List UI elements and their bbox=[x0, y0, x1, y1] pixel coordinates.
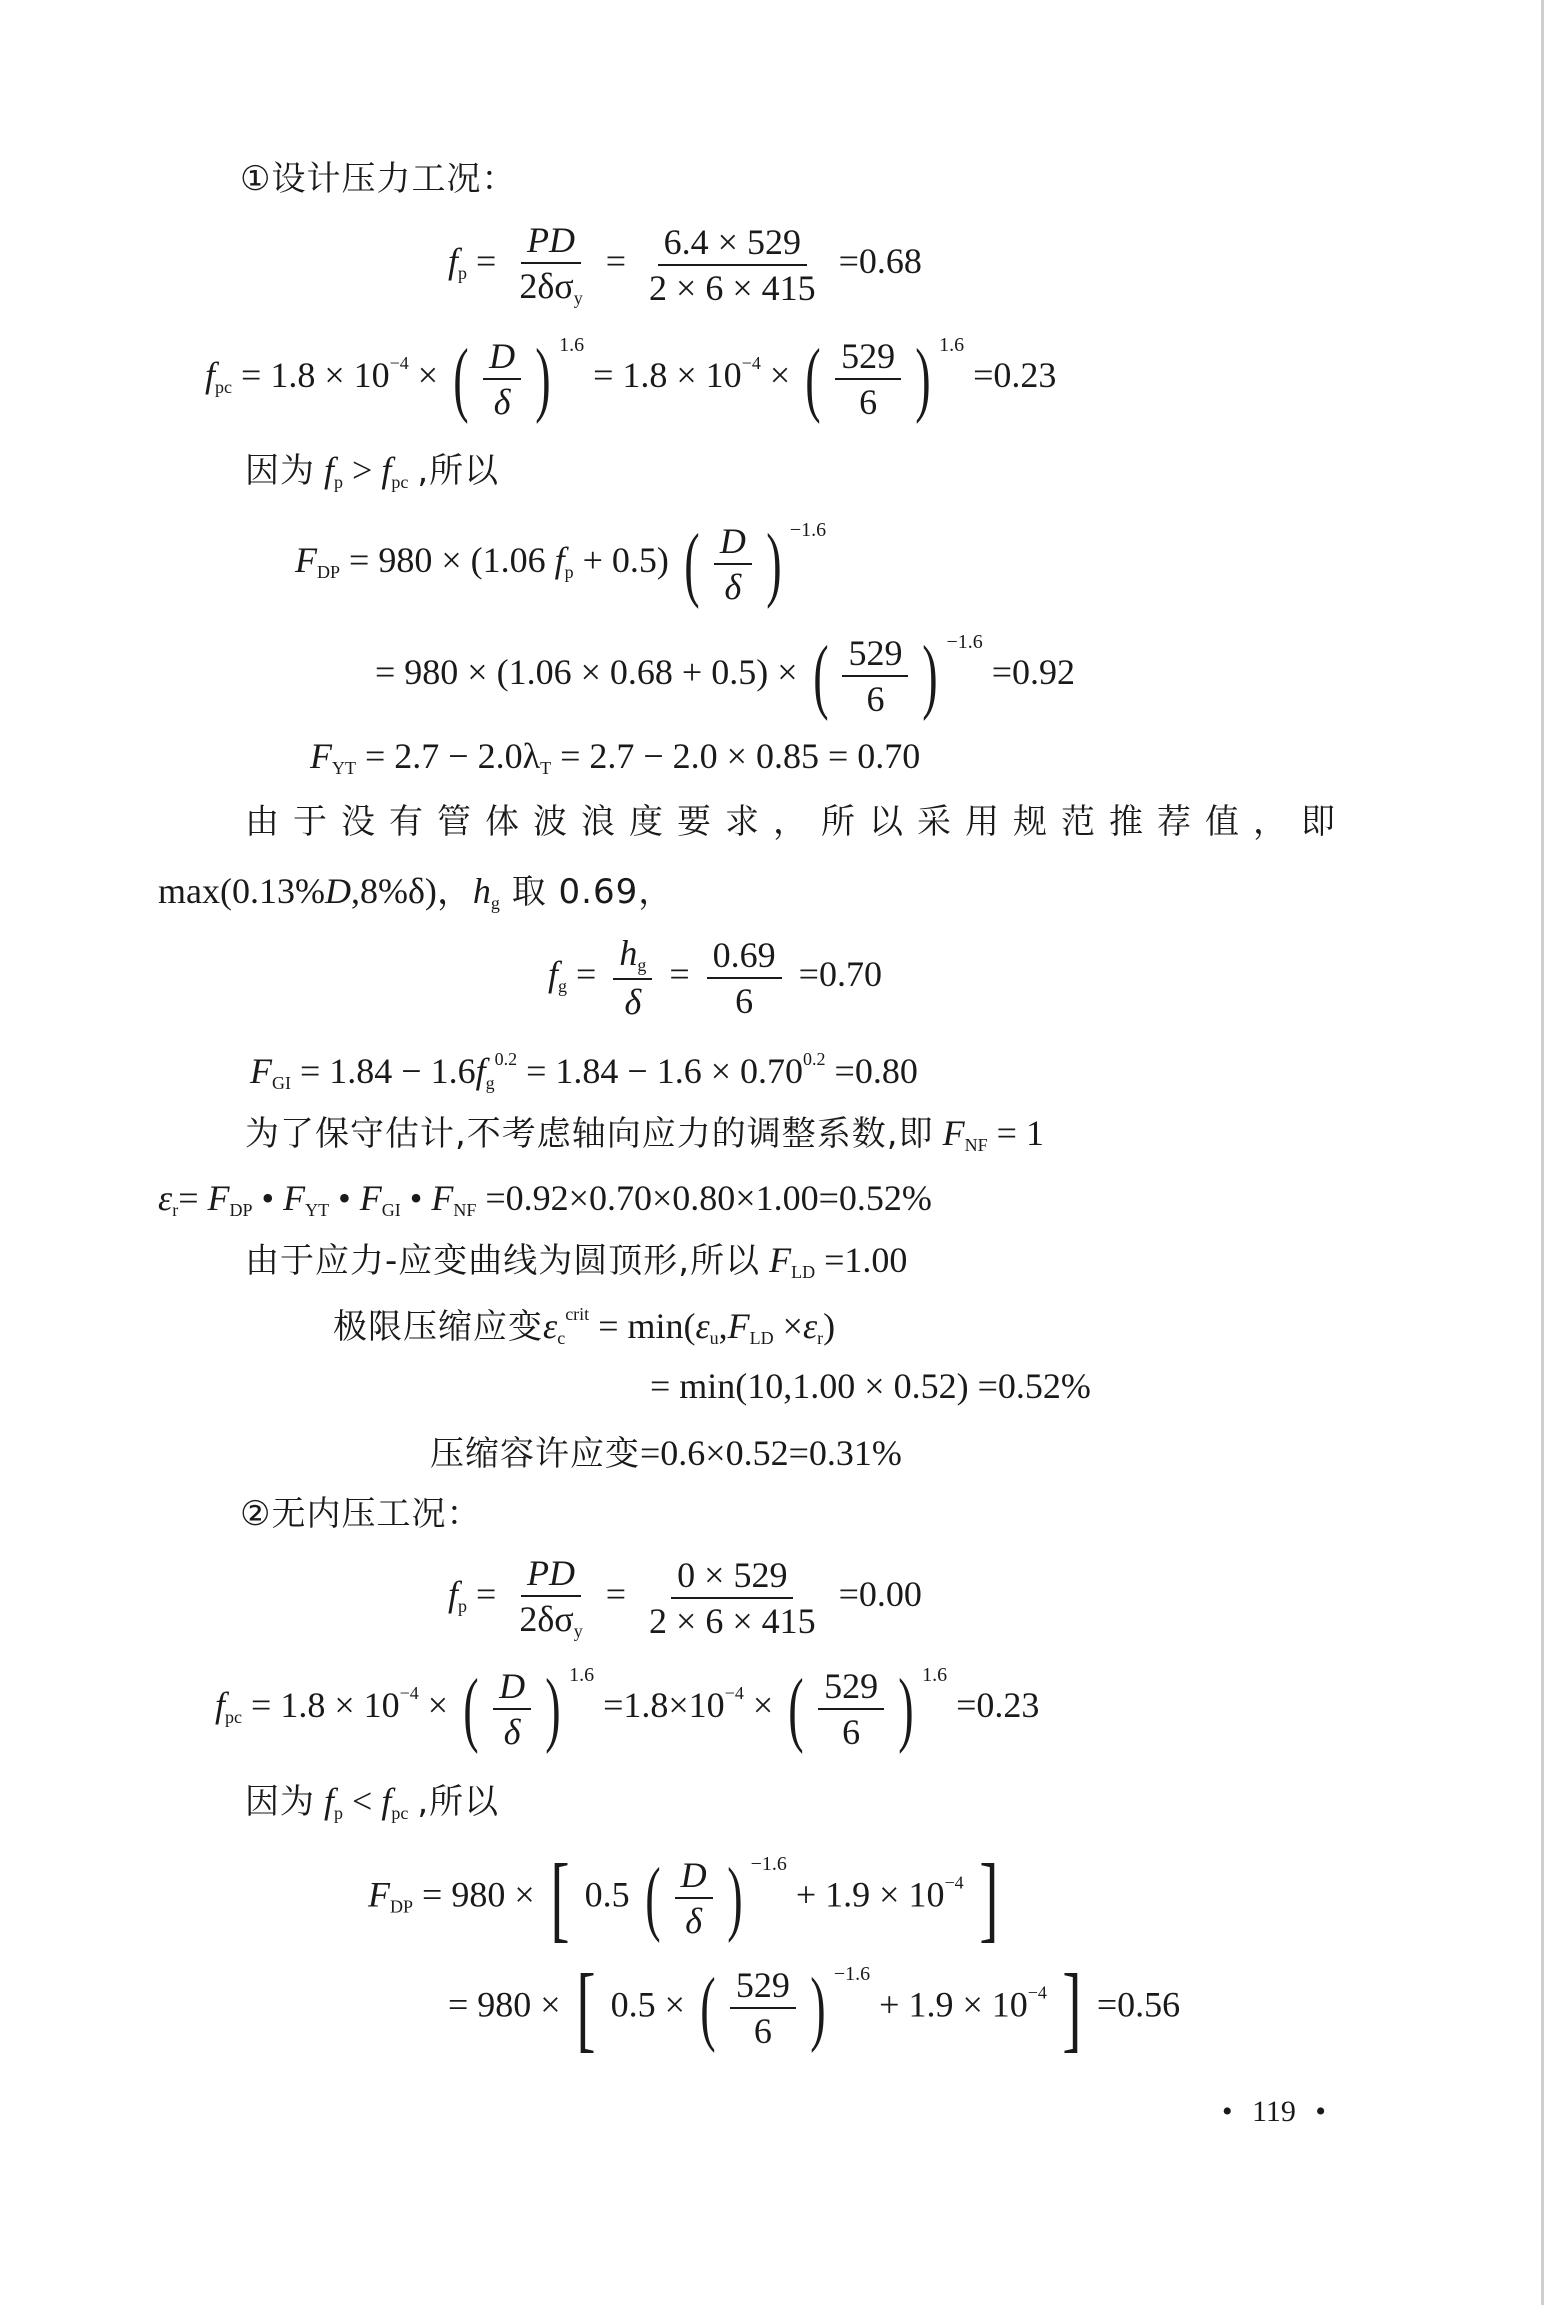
ovality-paragraph-line1: 由于没有管体波浪度要求，所以采用规范推荐值，即 bbox=[245, 805, 1349, 839]
case1-fdp-equation: FDP = 980 × (1.06 fp + 0.5) (Dδ)−1.6 bbox=[295, 520, 826, 606]
case1-critical-strain-evaluation: = min(10,1.00 × 0.52) =0.52% bbox=[650, 1368, 1091, 1404]
case1-allowable-strain: 压缩容许应变=0.6×0.52=0.31% bbox=[430, 1435, 902, 1471]
case1-fg-equation: fg = hgδ = 0.696 =0.70 bbox=[548, 935, 882, 1020]
case2-because-line: 因为 fp < fpc ,所以 bbox=[245, 1783, 499, 1822]
case1-fgi-equation: FGI = 1.84 − 1.6fg0.2 = 1.84 − 1.6 × 0.7… bbox=[250, 1050, 918, 1092]
axial-paragraph: 为了保守估计,不考虑轴向应力的调整系数,即 FNF = 1 bbox=[245, 1115, 1044, 1154]
case1-er-equation: εr= FDP • FYT • FGI • FNF =0.92×0.70×0.8… bbox=[158, 1180, 932, 1219]
case1-fyt-equation: FYT = 2.7 − 2.0λT = 2.7 − 2.0 × 0.85 = 0… bbox=[310, 738, 920, 777]
case1-because-line: 因为 fp > fpc ,所以 bbox=[245, 452, 499, 491]
case2-fp-equation: fp = PD2δσy = 0 × 5292 × 6 × 415 =0.00 bbox=[448, 1555, 922, 1640]
fraction: 6.4 × 529 2 × 6 × 415 bbox=[643, 224, 822, 306]
case2-fdp-evaluation: = 980 × [ 0.5 × (5296)−1.6 + 1.9 × 10−4 … bbox=[448, 1960, 1180, 2056]
case2-fpc-equation: fpc = 1.8 × 10−4 × (Dδ)1.6 =1.8×10−4 × (… bbox=[215, 1665, 1039, 1751]
page-number: • 119 • bbox=[1222, 2095, 1326, 2129]
case1-fdp-evaluation: = 980 × (1.06 × 0.68 + 0.5) × (5296)−1.6… bbox=[375, 632, 1075, 718]
case1-heading: ①设计压力工况： bbox=[240, 162, 516, 196]
fraction: PD 2δσy bbox=[513, 222, 588, 307]
case2-fdp-equation: FDP = 980 × [ 0.5 (Dδ)−1.6 + 1.9 × 10−4 … bbox=[368, 1850, 1005, 1946]
curve-paragraph: 由于应力-应变曲线为圆顶形,所以 FLD =1.00 bbox=[245, 1242, 907, 1281]
case1-fp-equation: fp = PD 2δσy = 6.4 × 529 2 × 6 × 415 =0.… bbox=[448, 222, 922, 307]
case2-heading: ②无内压工况： bbox=[240, 1497, 481, 1531]
case1-fpc-equation: fpc = 1.8 × 10−4 × (Dδ)1.6 = 1.8 × 10−4 … bbox=[205, 335, 1056, 421]
page-edge-divider bbox=[1541, 0, 1544, 2305]
ovality-paragraph-line2: max(0.13%D,8%δ)，hg 取 0.69， bbox=[158, 873, 673, 912]
case1-critical-strain: 极限压缩应变εccrit = min(εu,FLD ×εr) bbox=[333, 1305, 835, 1347]
